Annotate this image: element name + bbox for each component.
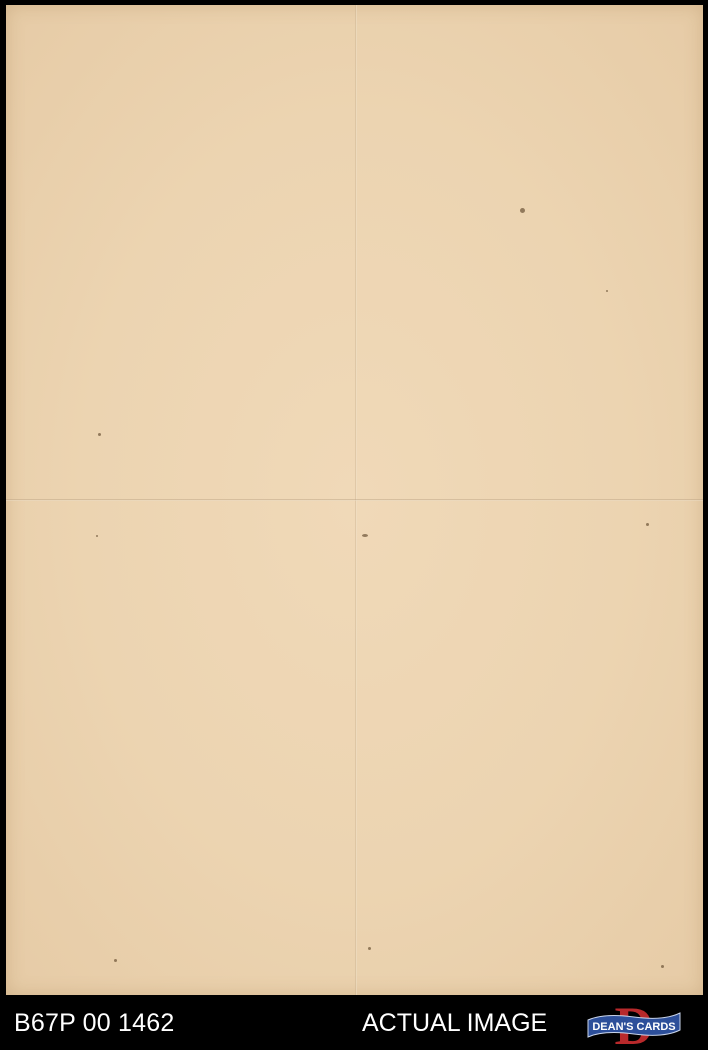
- paper-speck: [114, 959, 117, 962]
- paper-speck: [606, 290, 608, 292]
- paper-speck: [362, 534, 368, 537]
- paper-speck: [98, 433, 101, 436]
- caption-bar: B67P 00 1462 ACTUAL IMAGE D DEAN'S CARDS: [0, 995, 708, 1050]
- paper-speck: [96, 535, 98, 537]
- actual-image-label: ACTUAL IMAGE: [362, 1009, 547, 1038]
- deans-cards-logo-icon: D DEAN'S CARDS: [584, 1000, 684, 1048]
- paper-speck: [661, 965, 664, 968]
- svg-text:DEAN'S CARDS: DEAN'S CARDS: [592, 1021, 675, 1033]
- paper-speck: [368, 947, 371, 950]
- inventory-code: B67P 00 1462: [14, 1009, 174, 1038]
- paper-sheet-image: [6, 5, 703, 995]
- horizontal-fold-line: [6, 499, 703, 501]
- paper-speck: [520, 208, 525, 213]
- paper-speck: [646, 523, 649, 526]
